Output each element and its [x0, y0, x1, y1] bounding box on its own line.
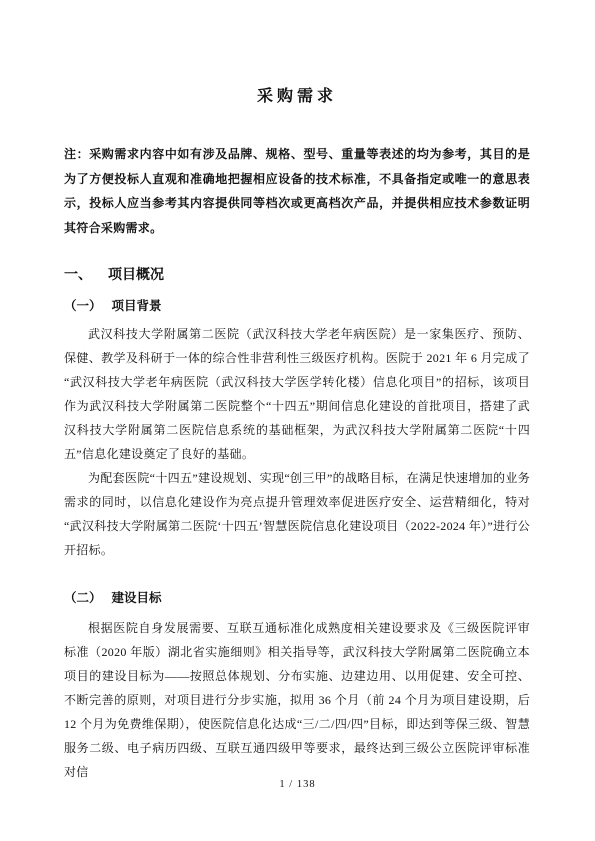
document-page: 采购需求 注：采购需求内容中如有涉及品牌、规格、型号、重量等表述的均为参考，其目…	[0, 0, 595, 841]
page-number: 1 / 138	[0, 778, 595, 792]
section-number: 一、	[64, 268, 92, 283]
section-heading-label: 项目概况	[108, 268, 164, 283]
subsection-heading-construction-goals: （二）建设目标	[64, 590, 530, 607]
subsection-number: （一）	[64, 299, 102, 313]
subsection-heading-label: 建设目标	[112, 591, 162, 605]
subsection-number: （二）	[64, 591, 102, 605]
background-paragraph-2: 为配套医院“十四五”建设规划、实现“创三甲”的战略目标，在满足快速增加的业务需求…	[64, 466, 530, 562]
subsection-heading-label: 项目背景	[112, 299, 162, 313]
note-paragraph: 注：采购需求内容中如有涉及品牌、规格、型号、重量等表述的均为参考，其目的是为了方…	[64, 142, 530, 240]
page-content: 采购需求 注：采购需求内容中如有涉及品牌、规格、型号、重量等表述的均为参考，其目…	[0, 86, 595, 784]
background-paragraph-1: 武汉科技大学附属第二医院（武汉科技大学老年病医院）是一家集医疗、预防、保健、教学…	[64, 322, 530, 466]
goals-paragraph-1: 根据医院自身发展需要、互联互通标准化成熟度相关建设要求及《三级医院评审标准（20…	[64, 616, 530, 784]
document-title: 采购需求	[64, 86, 530, 108]
subsection-heading-project-background: （一）项目背景	[64, 298, 530, 315]
section-heading-project-overview: 一、项目概况	[64, 266, 530, 286]
